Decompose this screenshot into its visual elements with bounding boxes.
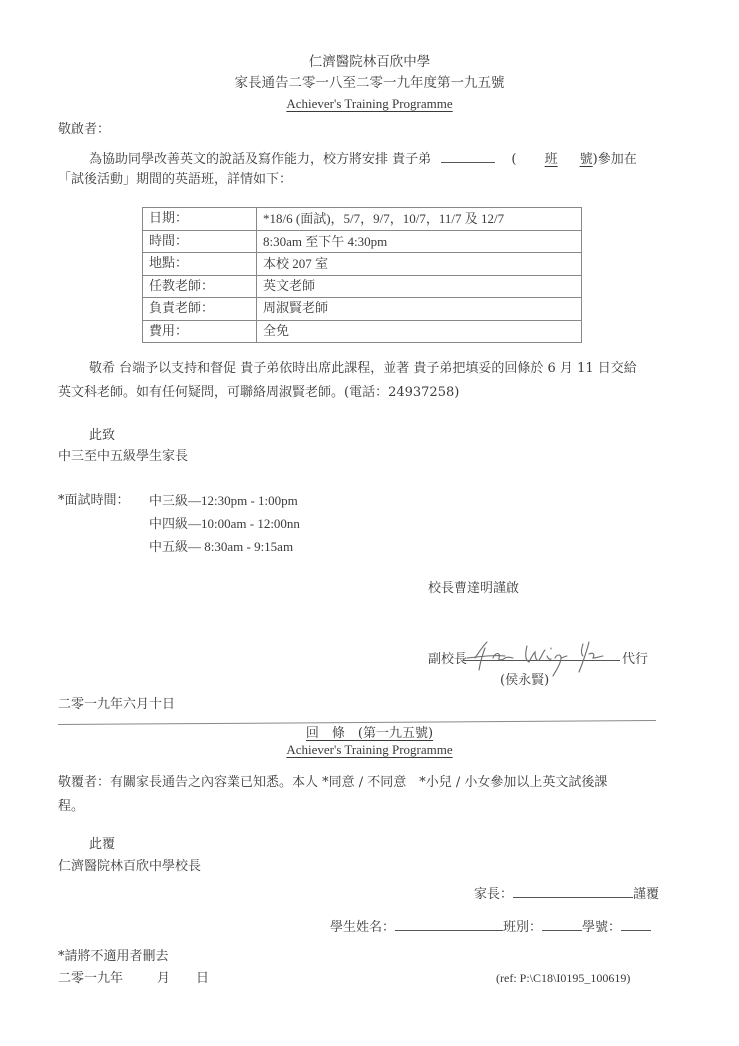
- reply-date-month: 月: [157, 972, 170, 985]
- parent-signature-field[interactable]: [513, 885, 633, 898]
- reply-slip-title: 回 條 (第一九五號): [306, 726, 433, 741]
- student-name-blank: [441, 150, 495, 163]
- class-label: 班: [545, 152, 558, 167]
- row-label: 費用：: [143, 320, 257, 343]
- student-number-field[interactable]: [621, 918, 651, 931]
- programme-title: Achiever's Training Programme: [286, 96, 452, 111]
- signature-icon: [465, 628, 625, 678]
- student-name-field[interactable]: [395, 918, 503, 931]
- details-table: 日期： *18/6 (面試)，5/7，9/7，10/7，11/7 及 12/7 …: [142, 207, 582, 343]
- school-name: 仁濟醫院林百欣中學: [0, 56, 739, 70]
- table-row: 地點： 本校 207 室: [143, 253, 582, 276]
- reply-body-line-2: 程。: [58, 800, 84, 813]
- student-number-label: 學號：: [582, 920, 621, 935]
- row-label: 負責老師：: [143, 298, 257, 321]
- class-number-blank: 班號: [529, 152, 593, 167]
- reply-programme-wrap: Achiever's Training Programme: [0, 743, 739, 757]
- paragraph-1-line-2: 「試後活動」期間的英語班，詳情如下：: [58, 173, 292, 186]
- paragraph-1-line-1: 為協助同學改善英文的說話及寫作能力，校方將安排 貴子弟 ( 班號)參加在: [89, 150, 637, 166]
- paragraph-2-line-2: 英文科老師。如有任何疑問，可聯絡周淑賢老師。(電話：24937258): [58, 386, 459, 399]
- row-value: 8:30am 至下午 4:30pm: [257, 230, 582, 253]
- parent-signature-row: 家長：謹覆: [474, 885, 659, 901]
- reply-body-line-1: 敬覆者：有關家長通告之內容業已知悉。本人 *同意 / 不同意 *小兒 / 小女參…: [58, 776, 607, 789]
- reply-date-day: 日: [196, 972, 209, 985]
- vice-principal-prefix: 副校長: [428, 653, 467, 666]
- class-label: 班別：: [503, 920, 542, 935]
- parent-label: 家長：: [474, 887, 513, 902]
- vice-principal-suffix: 代行: [622, 653, 648, 666]
- interview-slot-s5: 中五級— 8:30am - 9:15am: [149, 540, 293, 553]
- cut-line-divider: [58, 720, 656, 725]
- number-label: 號: [580, 152, 593, 167]
- reply-programme-title: Achiever's Training Programme: [286, 742, 452, 757]
- reply-date-year: 二零一九年: [58, 972, 123, 985]
- table-row: 任教老師： 英文老師: [143, 275, 582, 298]
- interview-label: *面試時間：: [58, 494, 130, 507]
- row-label: 時間：: [143, 230, 257, 253]
- row-value: 全免: [257, 320, 582, 343]
- salutation: 敬啟者：: [58, 123, 110, 136]
- reply-closing: 此覆: [89, 838, 115, 851]
- reply-recipient: 仁濟醫院林百欣中學校長: [58, 860, 201, 873]
- table-row: 費用： 全免: [143, 320, 582, 343]
- student-info-row: 學生姓名：班別：學號：: [330, 918, 651, 934]
- para1-text: 為協助同學改善英文的說話及寫作能力，校方將安排 貴子弟: [89, 152, 431, 167]
- para1-text-end: 參加在: [598, 152, 637, 167]
- open-paren: (: [511, 152, 516, 167]
- vice-principal-name: (侯永賢): [500, 674, 549, 687]
- principal-signoff: 校長曹達明謹啟: [428, 582, 519, 595]
- letter-date: 二零一九年六月十日: [58, 698, 175, 711]
- table-row: 時間： 8:30am 至下午 4:30pm: [143, 230, 582, 253]
- interview-slot-s3: 中三級—12:30pm - 1:00pm: [149, 494, 298, 507]
- row-value: *18/6 (面試)，5/7，9/7，10/7，11/7 及 12/7: [257, 208, 582, 231]
- class-field[interactable]: [542, 918, 582, 931]
- notice-number: 家長通告二零一八至二零一九年度第一九五號: [0, 77, 739, 91]
- row-value: 英文老師: [257, 275, 582, 298]
- interview-slot-s4: 中四級—10:00am - 12:00nn: [149, 517, 300, 530]
- row-label: 日期：: [143, 208, 257, 231]
- row-value: 周淑賢老師: [257, 298, 582, 321]
- reply-title-wrap: 回 條 (第一九五號): [0, 727, 739, 740]
- closing: 此致: [89, 429, 115, 442]
- footnote: *請將不適用者刪去: [58, 950, 169, 963]
- row-value: 本校 207 室: [257, 253, 582, 276]
- parent-suffix: 謹覆: [633, 887, 659, 902]
- table-row: 負責老師： 周淑賢老師: [143, 298, 582, 321]
- reference-code: (ref: P:\C18\I0195_100619): [496, 972, 630, 984]
- row-label: 地點：: [143, 253, 257, 276]
- row-label: 任教老師：: [143, 275, 257, 298]
- paragraph-2-line-1: 敬希 台端予以支持和督促 貴子弟依時出席此課程，並著 貴子弟把填妥的回條於 6 …: [89, 362, 637, 375]
- recipients: 中三至中五級學生家長: [58, 450, 188, 463]
- programme-title-wrap: Achiever's Training Programme: [0, 97, 739, 111]
- student-name-label: 學生姓名：: [330, 920, 395, 935]
- table-row: 日期： *18/6 (面試)，5/7，9/7，10/7，11/7 及 12/7: [143, 208, 582, 231]
